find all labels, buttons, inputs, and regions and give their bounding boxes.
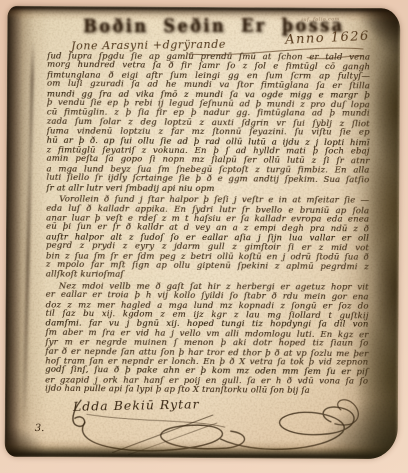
- photograph-background: inf. folio com Boðin Seðin Er þossa Jone…: [0, 0, 408, 473]
- manuscript-page: inf. folio com Boðin Seðin Er þossa Jone…: [5, 6, 401, 459]
- paper-grain: [5, 6, 401, 459]
